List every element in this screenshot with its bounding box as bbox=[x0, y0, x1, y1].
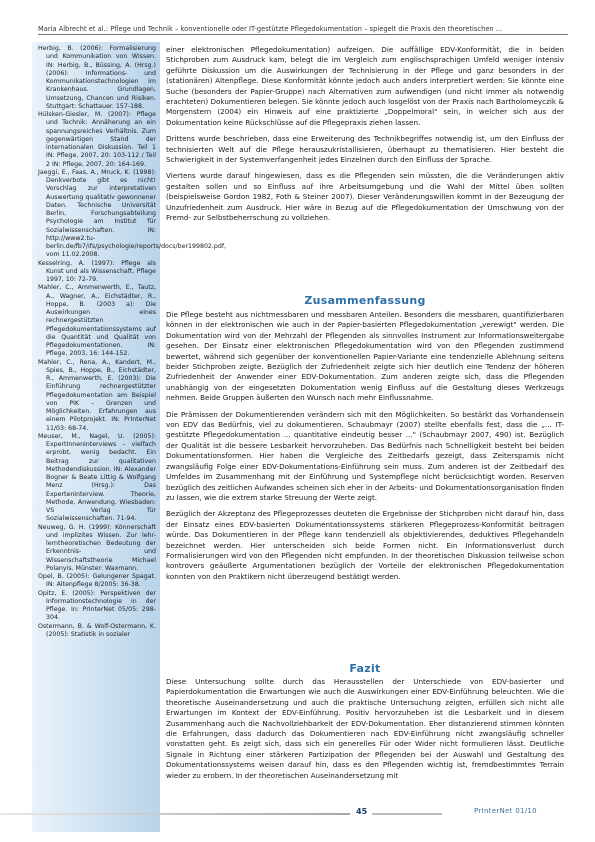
reference-item: Meuser, M., Nagel, U. (2005): ExpertInne… bbox=[38, 433, 156, 524]
summary-text-block: Die Pflege besteht aus nichtmessbaren un… bbox=[166, 310, 564, 588]
body-paragraph: einer elektronischen Pflegedokumentation… bbox=[166, 45, 564, 128]
conclusion-text-block: Diese Untersuchung sollte durch das Hera… bbox=[166, 677, 564, 787]
journal-label: PrInterNet 01/10 bbox=[474, 807, 537, 815]
references-list: Herbig, B. (2006): Formalisierung und Ko… bbox=[38, 45, 156, 639]
body-paragraph: Die Prämissen der Dokumentierenden verän… bbox=[166, 410, 564, 504]
summary-section-heading-wrap: Zusammenfassung bbox=[166, 294, 564, 307]
reference-item: Herbig, B. (2006): Formalisierung und Ko… bbox=[38, 45, 156, 111]
section-heading-zusammenfassung: Zusammenfassung bbox=[166, 294, 564, 307]
page-number: 45 bbox=[356, 807, 367, 816]
reference-item: Ostermann, B. & Wolf-Ostermann, K. (2005… bbox=[38, 623, 156, 640]
section-heading-fazit: Fazit bbox=[166, 662, 564, 675]
reference-item: Hülsken-Giesler, M. (2007): Pflege und T… bbox=[38, 111, 156, 169]
footer-rule-right bbox=[372, 813, 442, 815]
body-paragraph: Diese Untersuchung sollte durch das Hera… bbox=[166, 677, 564, 781]
reference-item: Kesselring, A. (1997): Pflege als Kunst … bbox=[38, 260, 156, 285]
reference-item: Mahler, C., Ammenwerth, E., Tautz, A., W… bbox=[38, 284, 156, 358]
reference-item: Mahler, C., Rena, A., Kandert, M., Spies… bbox=[38, 359, 156, 433]
body-paragraph: Bezüglich der Akzeptanz des Pflegeprozes… bbox=[166, 509, 564, 582]
reference-item: Opitz, E. (2005): Perspektiven der Infor… bbox=[38, 590, 156, 623]
body-paragraph: Die Pflege besteht aus nichtmessbaren un… bbox=[166, 310, 564, 404]
intro-text-block: einer elektronischen Pflegedokumentation… bbox=[166, 45, 564, 230]
reference-item: Opel, B. (2005): Gelungener Spagat. IN: … bbox=[38, 573, 156, 590]
running-header: Maria Albrecht et al.: Pflege und Techni… bbox=[38, 25, 568, 35]
footer-rule bbox=[0, 813, 350, 815]
body-paragraph: Drittens wurde beschrieben, dass eine Er… bbox=[166, 134, 564, 165]
reference-item: Neuweg, G. H. (1999): Könnerschaft und i… bbox=[38, 524, 156, 574]
reference-item: Jaeggi, E., Faas, A., Mruck, K. (1998): … bbox=[38, 169, 156, 260]
conclusion-section-heading-wrap: Fazit bbox=[166, 662, 564, 675]
body-paragraph: Viertens wurde darauf hingewiesen, dass … bbox=[166, 171, 564, 223]
